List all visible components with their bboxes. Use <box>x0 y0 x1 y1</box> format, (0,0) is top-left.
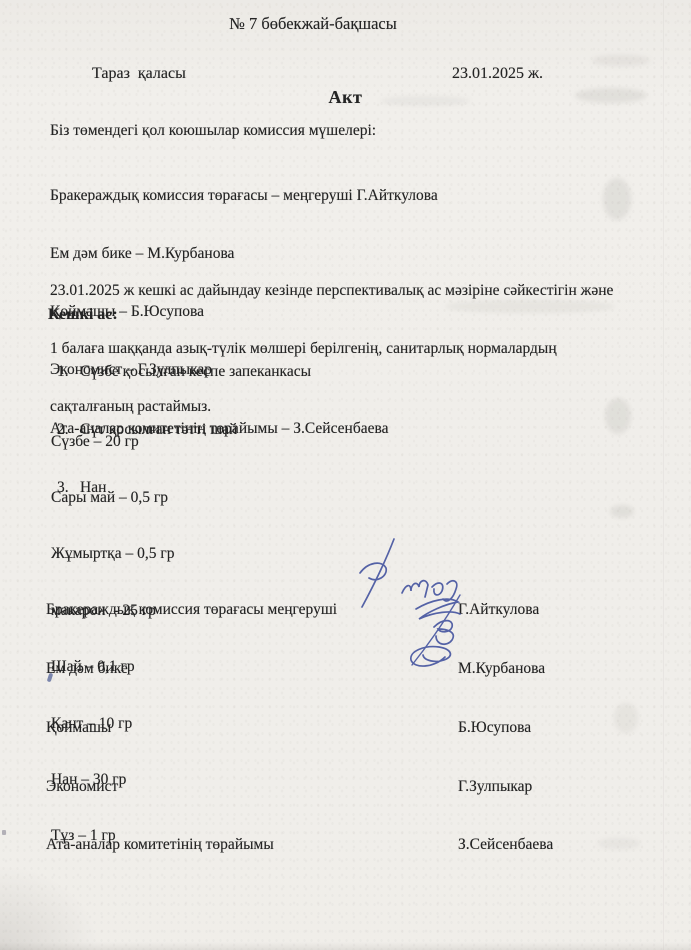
signoff-roles: Бракераждық комиссия төрағасы меңгеруші … <box>46 561 337 894</box>
menu-item-number: 1. <box>57 362 80 381</box>
menu-heading: Кешкі ас: <box>48 305 118 324</box>
scan-smudge <box>592 55 650 66</box>
signoff-role: Ем дәм бике <box>46 659 337 679</box>
menu-item: 1. Сүзбе қосылған кеспе запеканкасы <box>57 362 311 381</box>
signoff-role: Бракераждық комиссия төрағасы меңгеруші <box>46 600 337 620</box>
handwritten-signatures <box>348 533 478 671</box>
portion-line: Сүзбе – 20 гр <box>51 433 174 452</box>
scan-smudge <box>614 703 638 733</box>
scanned-act-document: № 7 бөбекжай-бақшасы Тараз қаласы 23.01.… <box>0 0 691 950</box>
scan-line-artifact <box>663 0 664 950</box>
signoff-role: Ата-аналар комитетінің төрайымы <box>46 835 337 855</box>
statement-line: 23.01.2025 ж кешкі ас дайындау кезінде п… <box>50 281 613 300</box>
scan-smudge <box>598 838 640 849</box>
portion-line: Сары май – 0,5 гр <box>51 489 174 508</box>
document-title: Акт <box>0 88 691 107</box>
date-line: 23.01.2025 ж. <box>452 64 543 83</box>
commission-member: Бракераждық комиссия төрағасы – меңгеруш… <box>50 186 438 205</box>
signoff-name: З.Сейсенбаева <box>458 835 553 855</box>
scan-edge-mark <box>2 830 6 835</box>
signoff-name: Г.Зулпыкар <box>458 777 553 797</box>
kindergarten-title: № 7 бөбекжай-бақшасы <box>0 14 626 33</box>
scan-smudge <box>610 505 634 518</box>
city-line: Тараз қаласы <box>92 64 186 83</box>
scan-smudge <box>603 178 631 220</box>
menu-item-text: Сүзбе қосылған кеспе запеканкасы <box>80 362 311 381</box>
signoff-name: Б.Юсупова <box>458 718 553 738</box>
signoff-role: Қоймашы <box>46 718 337 738</box>
signature-ink-group <box>360 539 460 666</box>
signoff-role: Экономист <box>46 777 337 797</box>
intro-line: Біз төмендегі қол коюшылар комиссия мүше… <box>50 121 376 140</box>
